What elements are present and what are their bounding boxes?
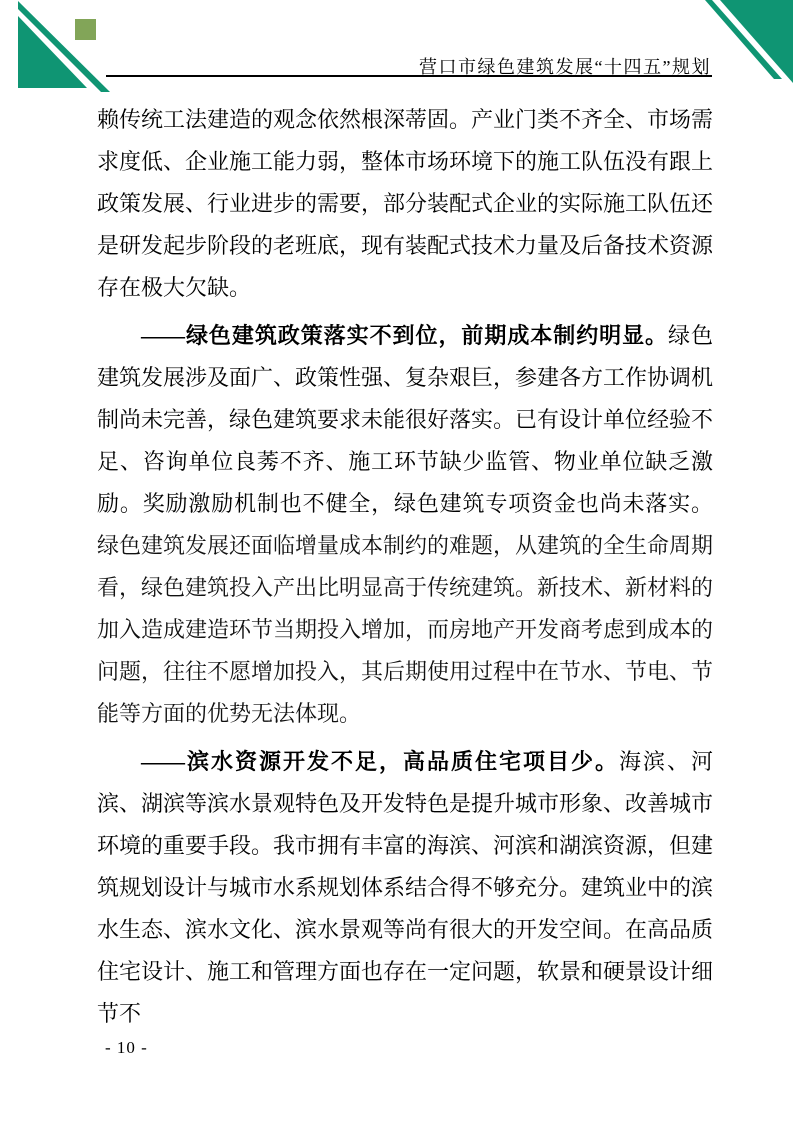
corner-decoration-right-icon xyxy=(698,0,793,90)
paragraph: ——绿色建筑政策落实不到位，前期成本制约明显。绿色建筑发展涉及面广、政策性强、复… xyxy=(97,315,713,735)
text-segment-hei: 绿色建筑发展涉及面广、政策性强、复杂艰巨，参建各方工作协调机制尚未完善，绿色建筑… xyxy=(97,323,713,516)
corner-triangle-right xyxy=(720,0,793,83)
text-segment-kai: 绿色建筑发展还面临增量成本制约的难题，从建筑的全生命周期看，绿色建筑投入产出比明… xyxy=(97,533,713,726)
text-segment-hei: 赖传统工法建造的观念依然根深蒂固。产业门类不齐全、市场需求度低、企业施工能力弱，… xyxy=(97,107,713,300)
page-footer: - 10 - xyxy=(105,1038,148,1058)
corner-decoration-left-icon xyxy=(0,0,115,95)
text-segment-lead: ——绿色建筑政策落实不到位，前期成本制约明显。 xyxy=(141,323,668,348)
document-page: 营口市绿色建筑发展“十四五”规划 赖传统工法建造的观念依然根深蒂固。产业门类不齐… xyxy=(0,0,793,1122)
page-number: - 10 - xyxy=(105,1038,148,1057)
accent-square-icon xyxy=(75,19,96,40)
document-body: 赖传统工法建造的观念依然根深蒂固。产业门类不齐全、市场需求度低、企业施工能力弱，… xyxy=(97,99,713,1041)
header-rule xyxy=(106,75,712,77)
paragraph: 赖传统工法建造的观念依然根深蒂固。产业门类不齐全、市场需求度低、企业施工能力弱，… xyxy=(97,99,713,309)
paragraph: ——滨水资源开发不足，高品质住宅项目少。海滨、河滨、湖滨等滨水景观特色及开发特色… xyxy=(97,741,713,1035)
text-segment-hei: 海滨、河滨、湖滨等滨水景观特色及开发特色是提升城市形象、改善城市环境的重要手段。… xyxy=(97,749,713,1026)
text-segment-lead: ——滨水资源开发不足，高品质住宅项目少。 xyxy=(141,749,619,774)
